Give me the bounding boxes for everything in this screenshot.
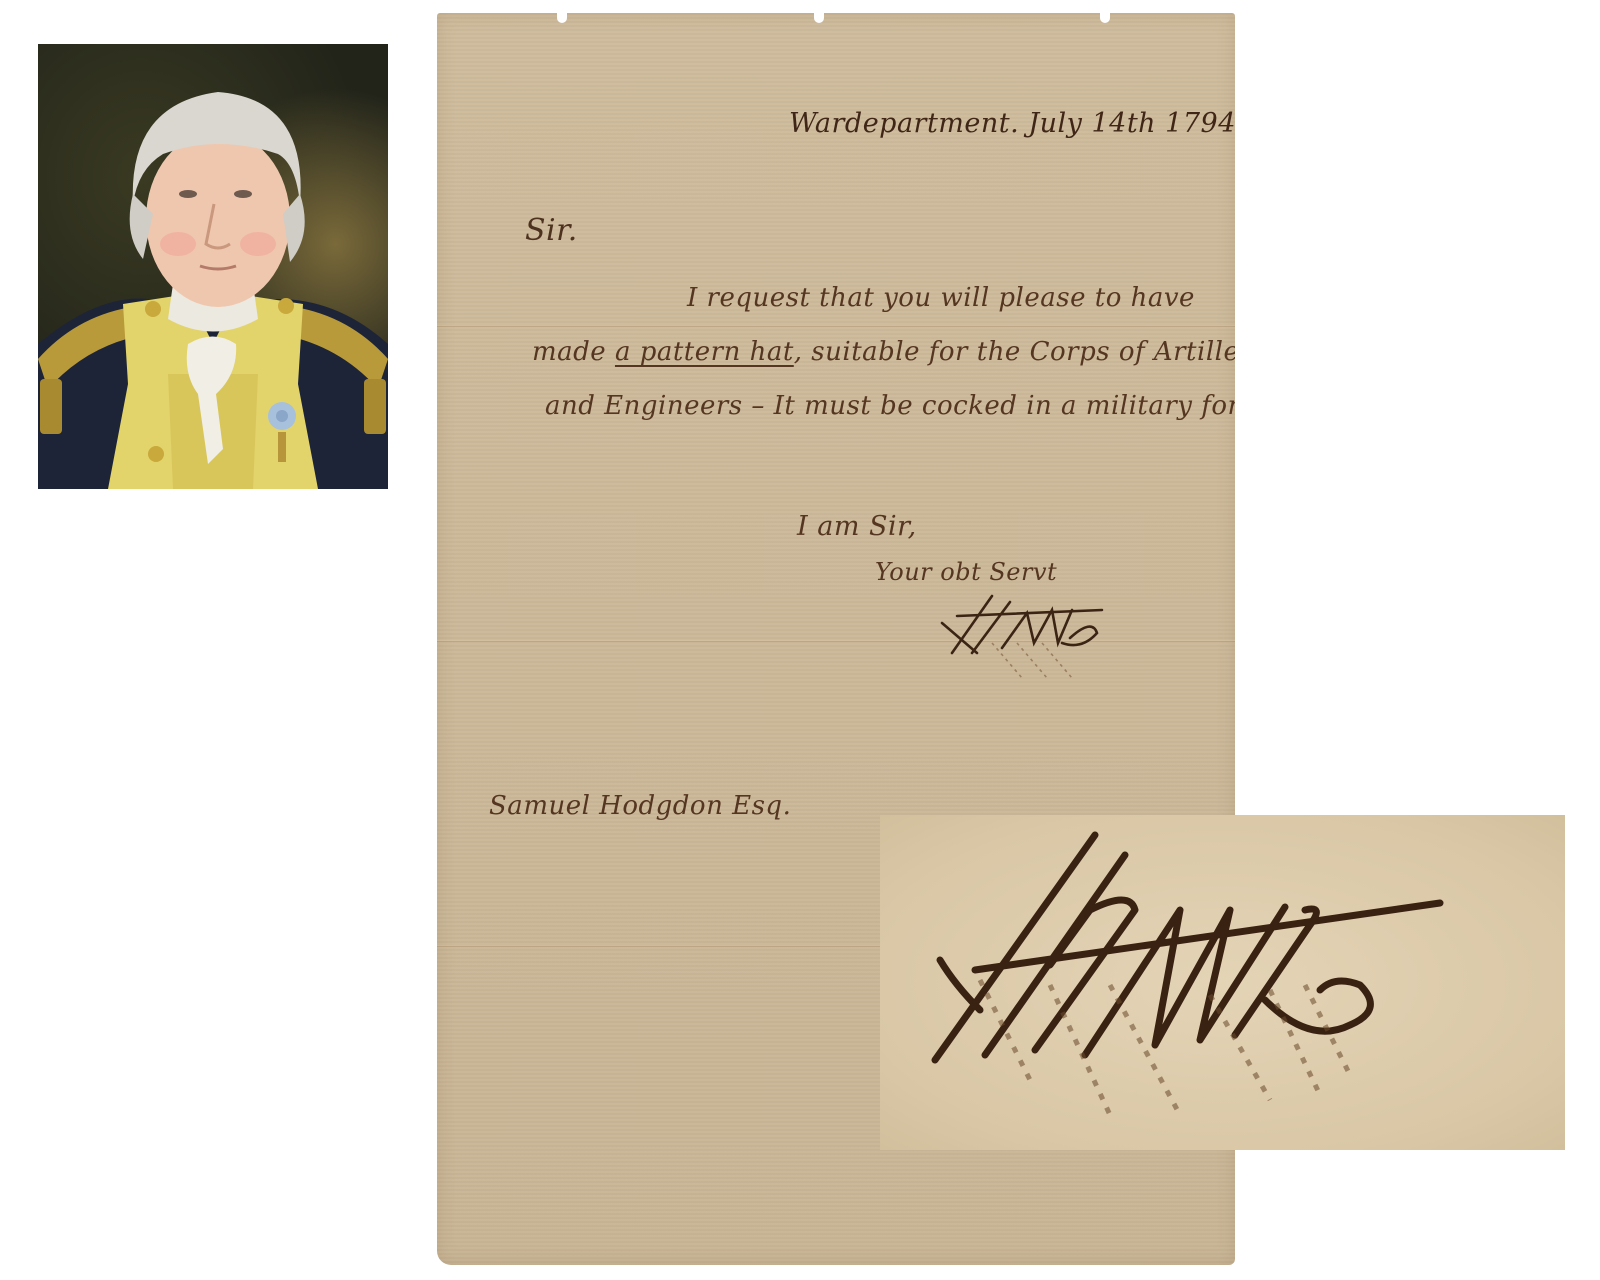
portrait-painting bbox=[38, 44, 388, 489]
letter-closing: I am Sir, bbox=[797, 511, 917, 542]
letter-body-line: I request that you will please to have bbox=[687, 283, 1195, 313]
signature-enlarged bbox=[880, 815, 1565, 1150]
portrait-figure bbox=[38, 44, 388, 489]
letter-salutation: Sir. bbox=[525, 213, 578, 248]
fold-line bbox=[437, 325, 1235, 328]
paper-edge-notch bbox=[557, 13, 567, 23]
letter-addressee: Samuel Hodgdon Esq. bbox=[489, 791, 791, 821]
signature-mark bbox=[932, 588, 1112, 678]
underlined-phrase: a pattern hat bbox=[615, 337, 794, 367]
fold-line bbox=[437, 640, 1235, 643]
body-text: , suitable for the Corps of Artillerists bbox=[794, 337, 1235, 367]
letter-body-line: made a pattern hat, suitable for the Cor… bbox=[532, 337, 1235, 367]
body-text: made bbox=[532, 337, 615, 367]
letter-dateline: Wardepartment. July 14th 1794. bbox=[789, 108, 1235, 139]
paper-edge-notch bbox=[1100, 13, 1110, 23]
signature-inset bbox=[880, 815, 1565, 1150]
letter-closing: Your obt Servt bbox=[875, 558, 1057, 586]
paper-edge-notch bbox=[814, 13, 824, 23]
letter-body-line: and Engineers – It must be cocked in a m… bbox=[545, 391, 1235, 421]
